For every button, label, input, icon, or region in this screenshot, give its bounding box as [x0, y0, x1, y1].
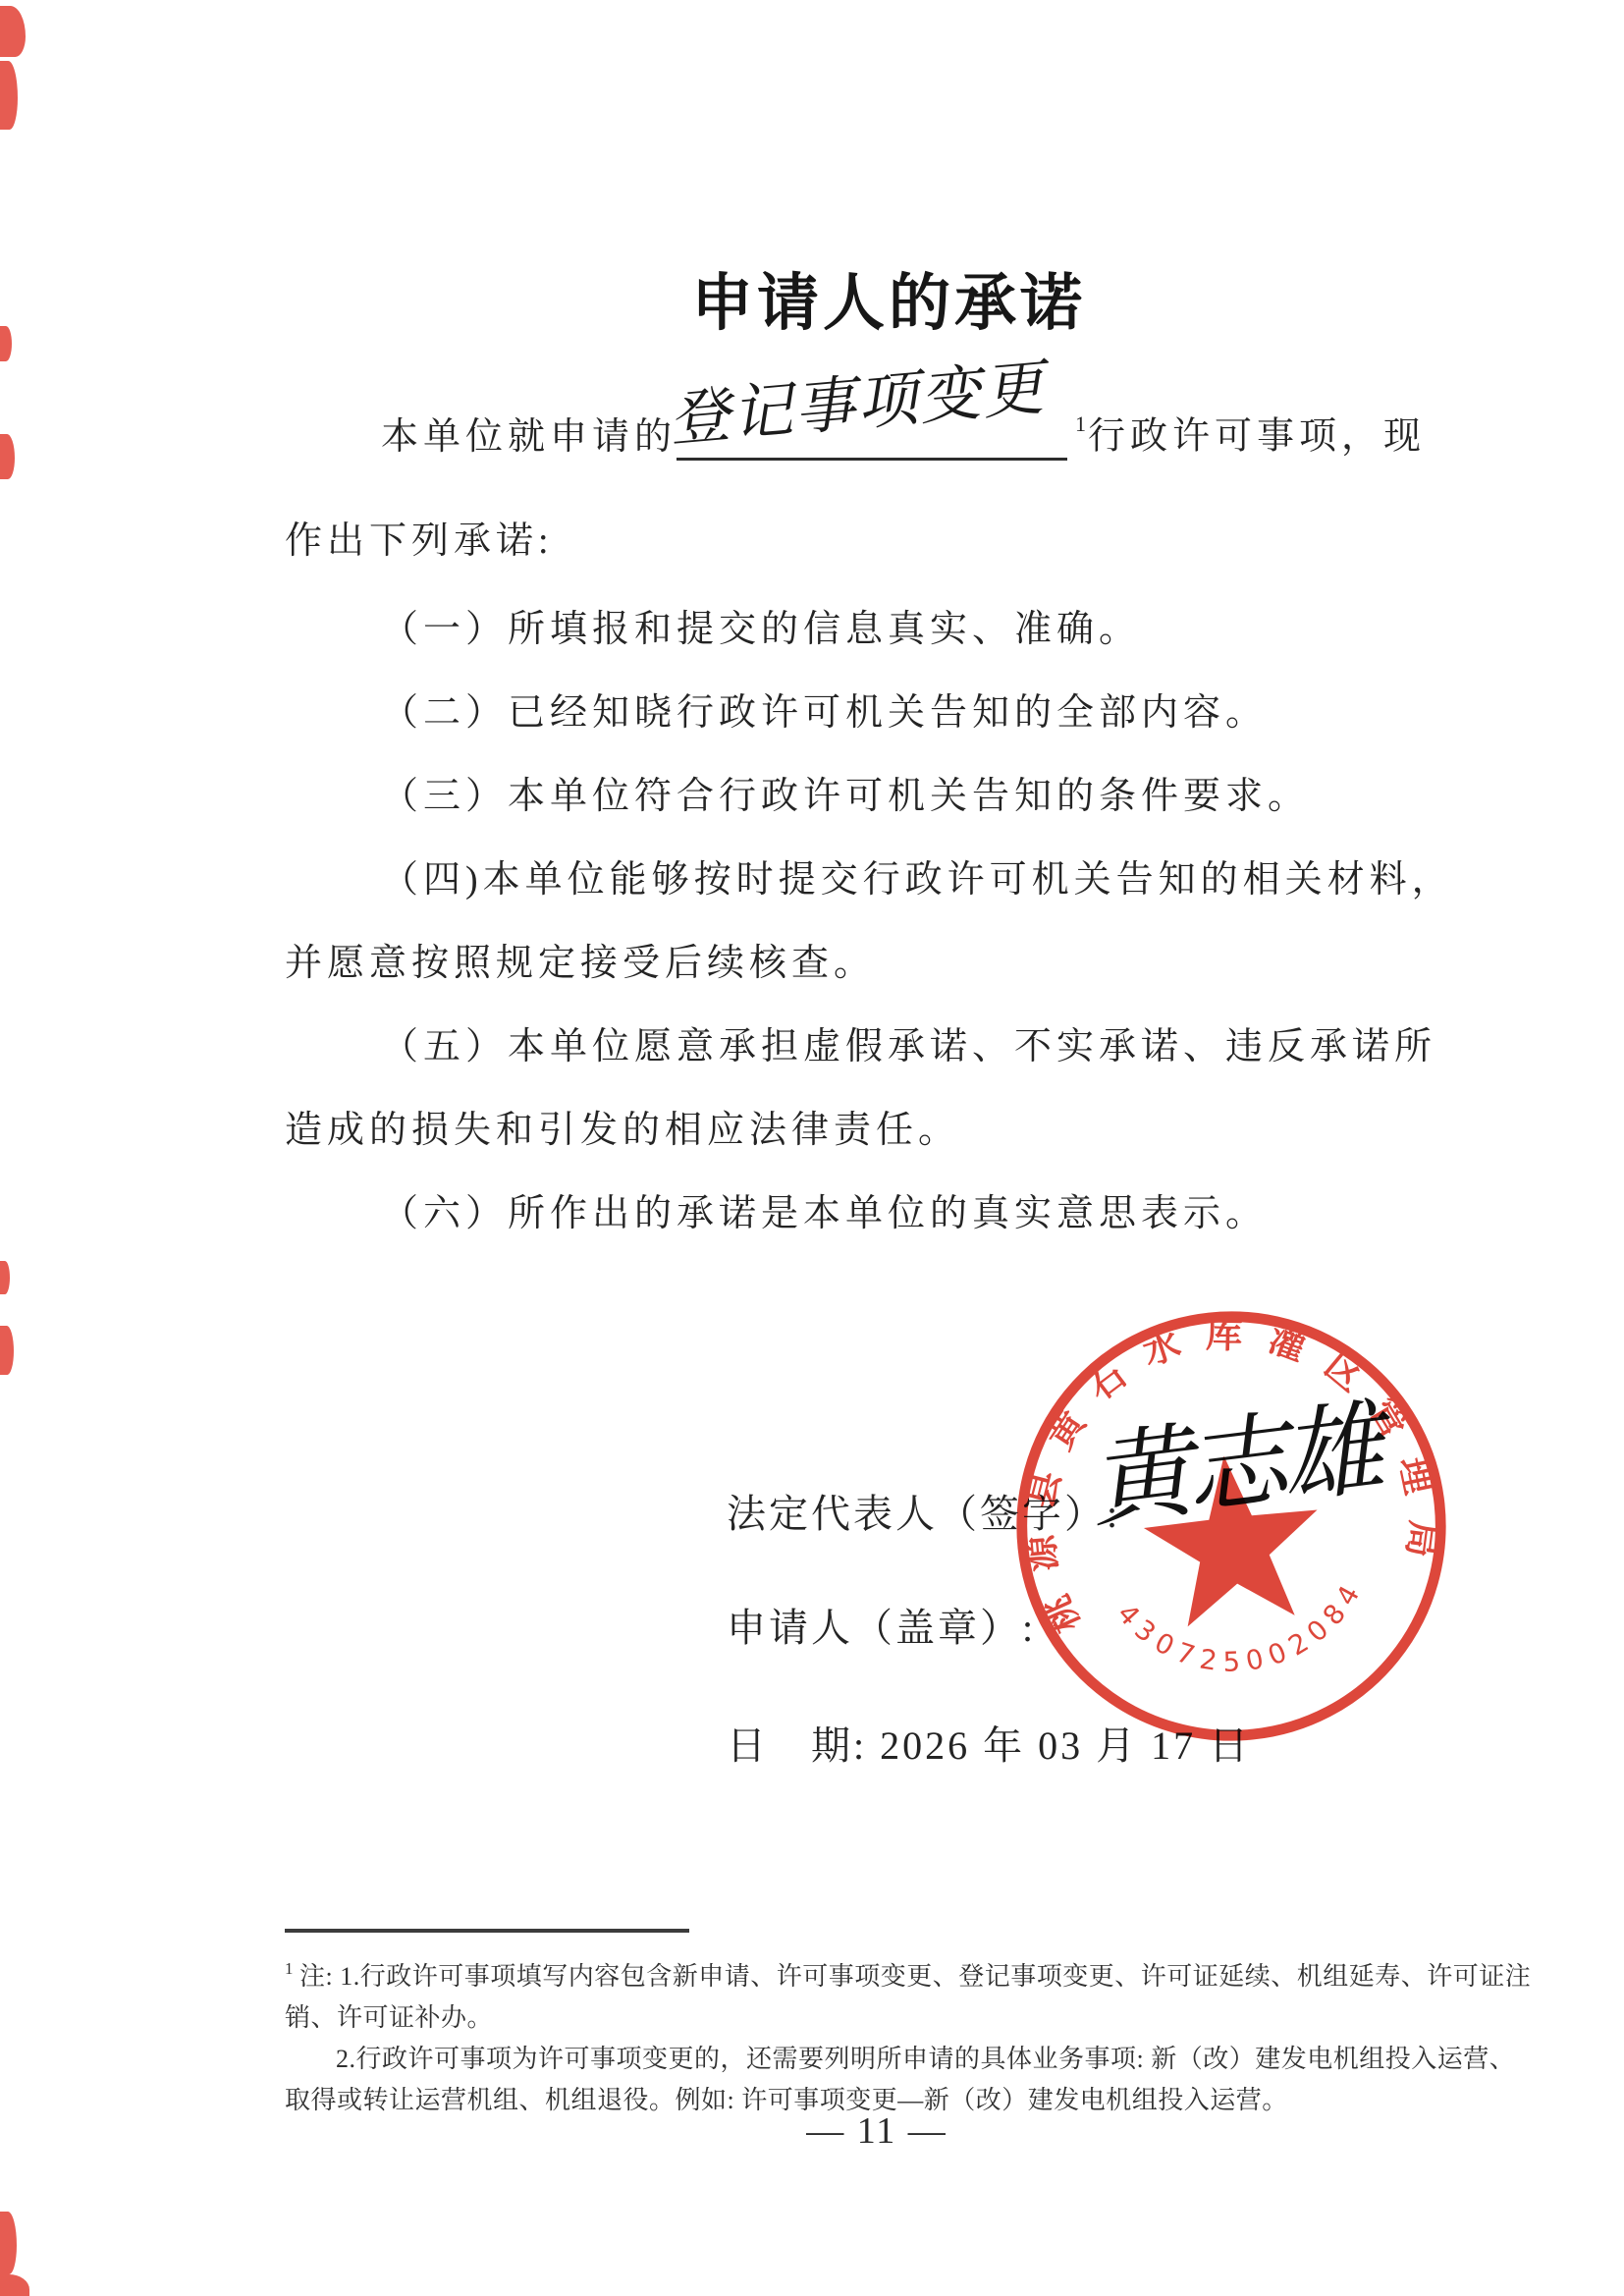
intro-suffix: 行政许可事项，现: [1088, 416, 1426, 458]
blank-handwriting: 登记事项变更: [666, 351, 1048, 460]
commitment-line-5b: 造成的损失和引发的相应法律责任。: [285, 1108, 960, 1155]
red-ink-smudge: [0, 326, 12, 361]
footnote-line-2: 销、许可证补办。: [285, 1997, 493, 2034]
commitment-line-1: （一）所填报和提交的信息真实、准确。: [285, 607, 1141, 654]
commitment-line-6: （六）所作出的承诺是本单位的真实意思表示。: [285, 1191, 1268, 1238]
page-title: 申请人的承诺: [691, 253, 1086, 343]
footnote-line-1: 1注: 1.行政许可事项填写内容包含新申请、许可事项变更、登记事项变更、许可证延…: [285, 1956, 1531, 1993]
red-ink-smudge: [0, 434, 15, 479]
intro-line: 本单位就申请的登记事项变更1行政许可事项，现: [285, 409, 1426, 461]
footnote-line-3: 2.行政许可事项为许可事项变更的，还需要列明所申请的具体业务事项: 新（改）建发…: [285, 2039, 1515, 2075]
page-number: — 11 —: [806, 2109, 947, 2153]
red-ink-smudge: [0, 1326, 14, 1375]
intro-prefix: 本单位就申请的: [285, 416, 677, 458]
commitment-line-2: （二）已经知晓行政许可机关告知的全部内容。: [285, 690, 1268, 738]
commitment-line-4: （四)本单位能够按时提交行政许可机关告知的相关材料，: [285, 857, 1454, 904]
intro-line2: 作出下列承诺:: [285, 519, 554, 566]
footnote-marker: 1: [285, 1959, 299, 1978]
footnote-line-4: 取得或转让运营机组、机组退役。例如: 许可事项变更—新（改）建发电机组投入运营。: [285, 2080, 1288, 2116]
red-ink-smudge: [0, 61, 18, 130]
permit-item-blank: 登记事项变更: [677, 409, 1067, 461]
red-ink-smudge: [0, 1261, 10, 1294]
document-page: 申请人的承诺 本单位就申请的登记事项变更1行政许可事项，现 作出下列承诺: （一…: [0, 0, 1624, 2296]
footnote-separator: [285, 1929, 689, 1933]
footnote-ref-superscript: 1: [1067, 411, 1088, 436]
date-label: 日 期:: [727, 1723, 867, 1768]
red-ink-smudge: [0, 2212, 17, 2274]
red-ink-smudge: [0, 2274, 29, 2296]
commitment-line-5: （五）本单位愿意承担虚假承诺、不实承诺、违反承诺所: [285, 1024, 1436, 1071]
commitment-line-3: （三）本单位符合行政许可机关告知的条件要求。: [285, 774, 1310, 821]
applicant-label: 申请人（盖章）:: [727, 1597, 1036, 1653]
red-ink-smudge: [0, 6, 26, 57]
commitment-line-4b: 并愿意按照规定接受后续核查。: [285, 941, 876, 988]
footnote-text-1: 注: 1.行政许可事项填写内容包含新申请、许可事项变更、登记事项变更、许可证延续…: [299, 1962, 1531, 1991]
